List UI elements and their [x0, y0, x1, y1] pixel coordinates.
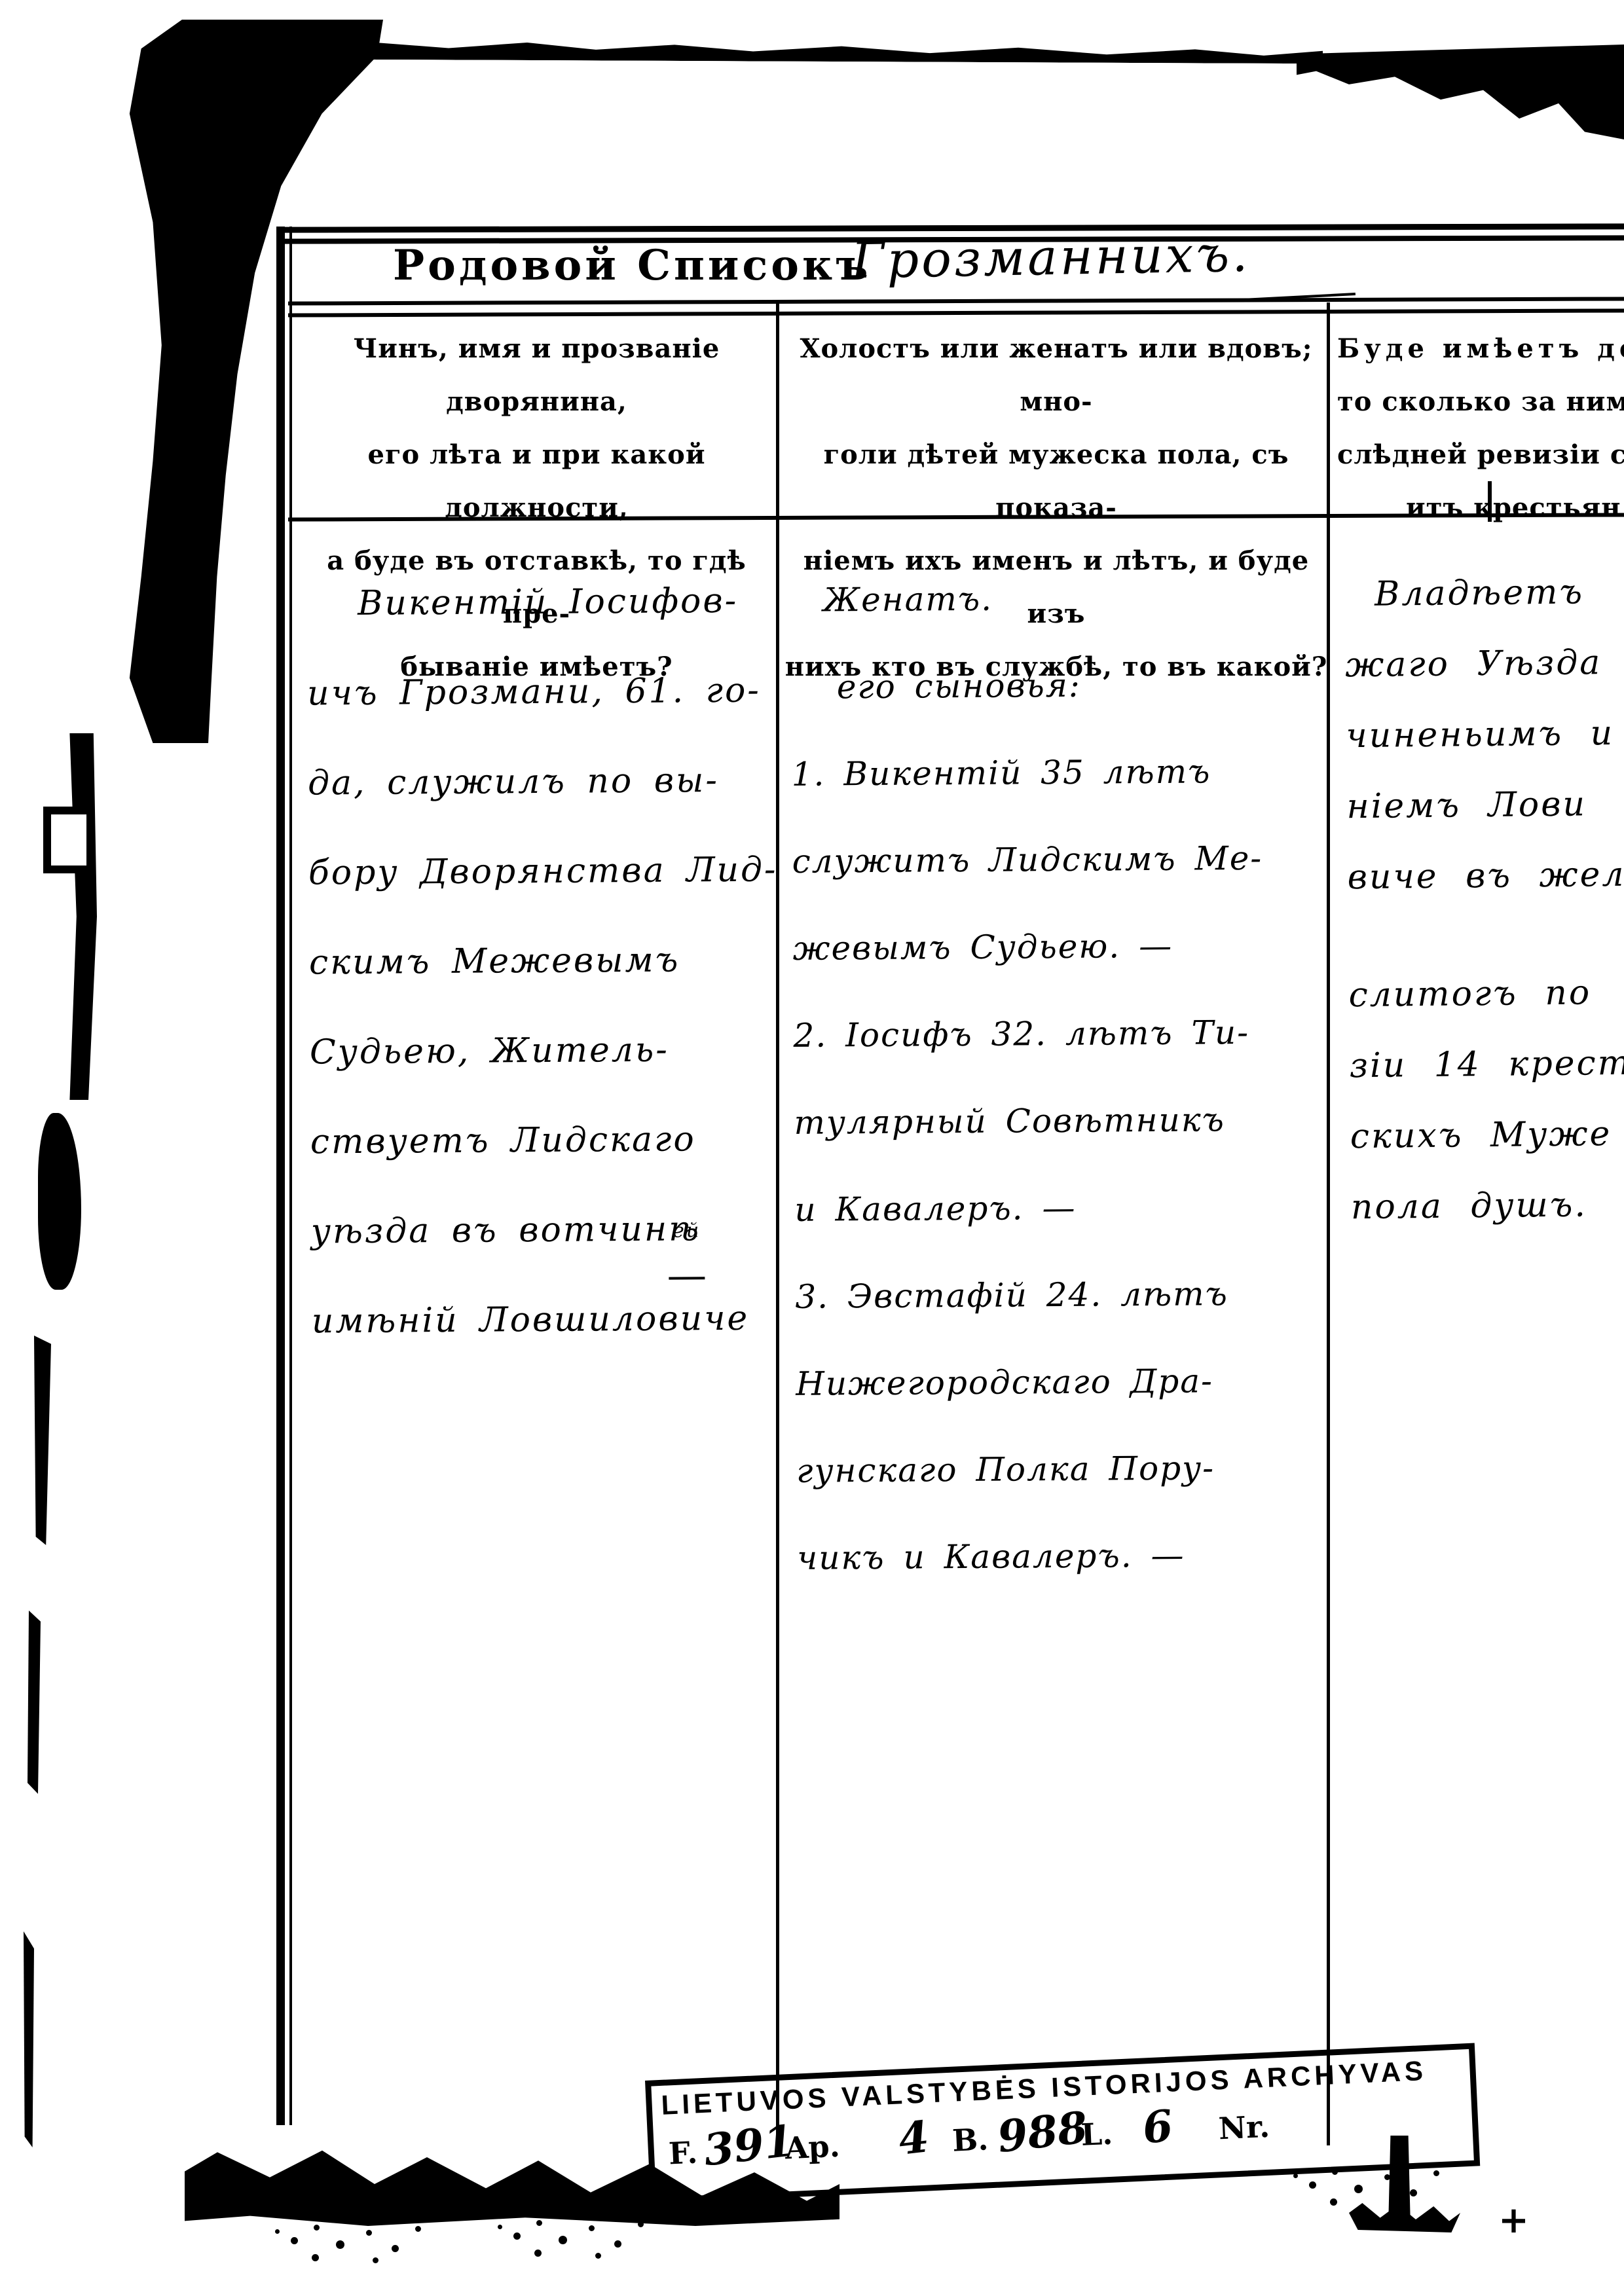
ink-box-left [43, 807, 94, 873]
stamp-field-value-handwritten: 4 [896, 2111, 932, 2165]
entry-line: 1. Викентій 35 лѣтъ [791, 727, 1323, 818]
entry-line-text: уѣзда въ вотчинѣ [311, 1209, 701, 1251]
ink-specks [275, 2229, 280, 2234]
document-scan-page: + Родовой Списокъ Грозманнихъ. Чинъ, имя… [0, 0, 1624, 2296]
entry-column-2: Женатъ. его сыновья: 1. Викентій 35 лѣтъ… [790, 553, 1329, 1602]
header-line: Буде имѣетъ дер [1337, 322, 1624, 375]
entry-line: Викентій Іосифов- [306, 556, 766, 649]
ink-streak-left [34, 1336, 51, 1545]
ink-streak-left [63, 733, 97, 1100]
ink-blot-left [38, 1113, 81, 1290]
entry-line: ніемъ Лови [1346, 769, 1624, 842]
entry-line: его сыновья: [790, 640, 1323, 731]
entry-line: ичъ Грозмани, 61. го- [307, 646, 766, 739]
column-header-3-truncated: Буде имѣетъ дер то сколько за нимъ слѣдн… [1337, 322, 1624, 534]
entry-line: 2. Іосифъ 32. лѣтъ Ти- [793, 989, 1325, 1080]
header-line: Холостъ или женатъ или вдовъ; мно- [784, 322, 1328, 428]
stamp-field-label: B. [951, 2121, 989, 2158]
table-left-border-thin [289, 227, 292, 2125]
entry-line: и Кавалеръ. — [794, 1163, 1327, 1254]
entry-line: чикъ и Кавалеръ. — [797, 1511, 1329, 1602]
entry-line: служитъ Лидскимъ Ме- [792, 814, 1324, 905]
entry-line: да, служилъ по вы- [308, 736, 767, 829]
entry-column-1: Викентій Іосифов- ичъ Грозмани, 61. го- … [306, 556, 771, 1367]
stamp-field-value-handwritten: 391 [701, 2115, 797, 2176]
entry-line: чиненьимъ и [1346, 698, 1624, 771]
stamp-field-label: Nr. [1218, 2109, 1270, 2146]
ink-specks [498, 2225, 502, 2229]
title-underline-2 [288, 308, 1624, 317]
entry-line: Женатъ. [790, 553, 1322, 644]
entry-line: ствуетъ Лидскаго [310, 1095, 769, 1188]
entry-line: жаго Уѣзда [1345, 627, 1623, 701]
entry-line: 3. Эвстафій 24. лѣтъ [795, 1250, 1327, 1341]
header-line: Чинъ, имя и прозваніе дворянина, [296, 322, 777, 428]
ink-streak-left [28, 1611, 41, 1794]
header-line: голи дѣтей мужеска пола, съ показа- [784, 428, 1328, 534]
entry-line: Судьею, Житель- [309, 1005, 768, 1098]
interlinear-correction: ей [669, 1186, 705, 1279]
entry-line: скимъ Межевымъ [309, 915, 768, 1008]
table-left-border-thick [276, 227, 285, 2125]
entry-line: тулярный Совѣтникъ [794, 1076, 1326, 1167]
entry-line: Владѣетъ [1344, 556, 1623, 630]
entry-line: виче въ жел [1347, 839, 1624, 913]
entry-line: уѣзда въ вотчинѣей [310, 1184, 769, 1277]
entry-line: гунскаго Полка Пору- [796, 1424, 1329, 1515]
page-title: Родовой Списокъ [393, 241, 871, 290]
entry-line: Нижегородскаго Дра- [796, 1337, 1328, 1428]
ink-streak-left [24, 1931, 34, 2147]
header-line: слѣдней ревизіи с [1337, 428, 1624, 481]
header-line: то сколько за нимъ [1337, 375, 1624, 428]
family-surname-handwritten: Грозманнихъ. [851, 225, 1251, 290]
entry-line: скихъ Муже [1350, 1099, 1624, 1172]
entry-line: слитогъ по [1348, 957, 1624, 1030]
entry-line: бору Дворянства Лид- [308, 826, 767, 919]
entry-line: жевымъ Судьею. — [792, 902, 1325, 993]
stamp-field-value-handwritten: 6 [1139, 2100, 1175, 2154]
entry-column-3-truncated: Владѣетъ жаго Уѣзда чиненьимъ и ніемъ Ло… [1344, 556, 1624, 1243]
title-underline-1 [288, 297, 1624, 305]
stamp-field-label: F. [668, 2135, 698, 2172]
pencil-cross-mark: + [1498, 2198, 1529, 2242]
entry-line: зіи 14 крест [1349, 1028, 1624, 1101]
header-line: его лѣта и при какой должности, [296, 428, 777, 534]
entry-line: пола душъ. [1350, 1169, 1624, 1243]
header-line: итъ крестьян [1337, 481, 1624, 534]
scan-edge-top [341, 40, 1323, 64]
scan-edge-top-right [1297, 45, 1624, 139]
archive-stamp: LIETUVOS VALSTYBĖS ISTORIJOS ARCHYVAS F.… [645, 2043, 1480, 2203]
entry-line: имѣній Ловшиловиче [311, 1274, 770, 1367]
stamp-field-value-handwritten: 988 [995, 2102, 1090, 2162]
